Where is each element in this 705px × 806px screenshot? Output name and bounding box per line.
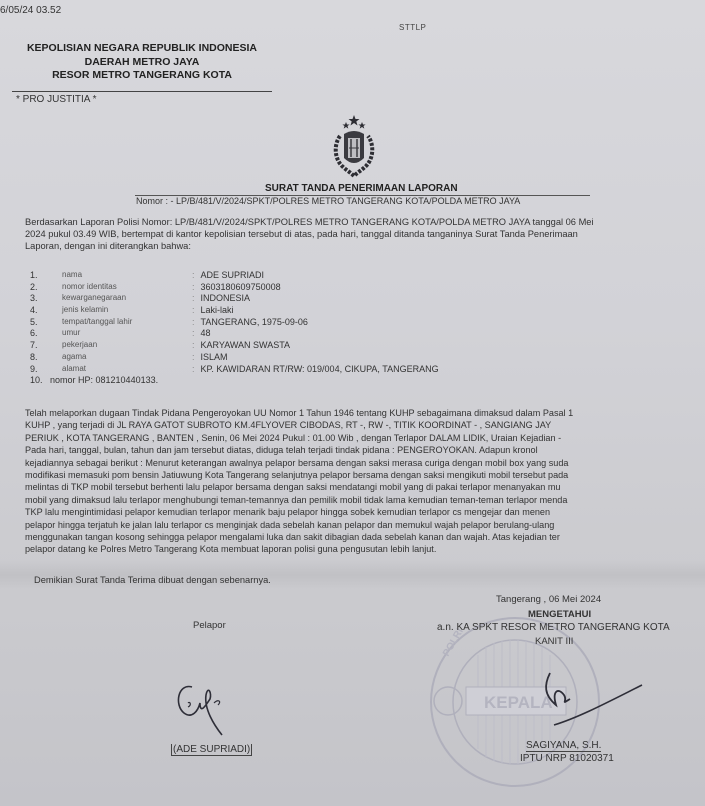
narrative-paragraph: Telah melaporkan dugaan Tindak Pidana Pe… (25, 407, 705, 556)
row-value: KP. KAWIDARAN RT/RW: 019/004, CIKUPA, TA… (192, 364, 439, 374)
row-label: jenis kelamin (62, 305, 108, 314)
reporter-name-text: ADE SUPRIADI (176, 744, 247, 755)
row-value: TANGERANG, 1975-09-06 (192, 317, 308, 327)
closing-statement: Demikian Surat Tanda Terima dibuat denga… (34, 575, 271, 585)
row-number: 6. (30, 328, 50, 338)
report-number: Nomor : - LP/B/481/V/2024/SPKT/POLRES ME… (136, 196, 520, 206)
form-code: STTLP (399, 23, 426, 32)
narrative-line: Telah melaporkan dugaan Tindak Pidana Pe… (25, 407, 705, 419)
narrative-line: menggunakan tangan kosong sehingga pelap… (25, 531, 705, 543)
intro-paragraph: Berdasarkan Laporan Polisi Nomor: LP/B/4… (25, 216, 705, 253)
intro-line: Laporan, dengan ini diterangkan bahwa: (25, 240, 705, 252)
row-value: INDONESIA (192, 293, 250, 303)
narrative-line: modifikasi memasuki pom bensin Jatiuwung… (25, 469, 705, 481)
narrative-line: TKP lalu mengintimidasi pelapor kemudian… (25, 506, 705, 518)
police-emblem-icon (330, 114, 378, 180)
intro-line: Berdasarkan Laporan Polisi Nomor: LP/B/4… (25, 216, 705, 228)
acknowledged-label: MENGETAHUI (528, 609, 591, 620)
narrative-line: pelapor hingga terjatuh ke jalan lalu te… (25, 519, 705, 531)
row-number: 1. (30, 270, 50, 280)
issuing-office: a.n. KA SPKT RESOR METRO TANGERANG KOTA (437, 622, 670, 633)
row-number: 2. (30, 282, 50, 292)
agency-line-3: RESOR METRO TANGERANG KOTA (12, 69, 272, 83)
agency-header: KEPOLISIAN NEGARA REPUBLIK INDONESIA DAE… (12, 42, 272, 83)
narrative-line: melintas di TKP mobil tersebut berhenti … (25, 481, 705, 493)
row-number: 8. (30, 352, 50, 362)
row-value: ADE SUPRIADI (192, 270, 264, 280)
reporter-signature-icon (170, 675, 250, 740)
row-value: ISLAM (192, 352, 228, 362)
row-number: 9. (30, 364, 50, 374)
officer-nrp: IPTU NRP 81020371 (520, 753, 614, 764)
row-number: 4. (30, 305, 50, 315)
document-title: SURAT TANDA PENERIMAAN LAPORAN (265, 183, 458, 194)
pro-justitia-label: * PRO JUSTITIA * (16, 94, 97, 105)
agency-line-1: KEPOLISIAN NEGARA REPUBLIK INDONESIA (12, 42, 272, 56)
narrative-line: pelapor datang ke Polres Metro Tangerang… (25, 543, 705, 555)
row-label: nama (62, 270, 82, 279)
row-label: pekerjaan (62, 340, 97, 349)
row-value: 48 (192, 328, 211, 338)
row-label: umur (62, 328, 80, 337)
officer-name: SAGIYANA, S.H. (526, 740, 601, 752)
narrative-line: PERIUK , KOTA TANGERANG , BANTEN , Senin… (25, 432, 705, 444)
agency-line-2: DAERAH METRO JAYA (12, 56, 272, 70)
row-value: Laki-laki (192, 305, 234, 315)
intro-line: 2024 pukul 03.49 WIB, bertempat di kanto… (25, 228, 705, 240)
narrative-line: kejadiannya sebagai berikut : Menurut ke… (25, 457, 705, 469)
reporter-label: Pelapor (193, 620, 226, 631)
row-label: nomor identitas (62, 282, 117, 291)
header-divider (12, 91, 272, 92)
row-label: kewarganegaraan (62, 293, 126, 302)
row-number: 7. (30, 340, 50, 350)
row-label: alamat (62, 364, 86, 373)
reporter-name: (ADE SUPRIADI) (171, 744, 252, 756)
row-label: agama (62, 352, 86, 361)
row-number: 5. (30, 317, 50, 327)
narrative-line: KUHP , yang terjadi di JL RAYA GATOT SUB… (25, 419, 705, 431)
row-value: 3603180609750008 (192, 282, 281, 292)
phone-number: 10. nomor HP: 081210440133. (30, 375, 158, 385)
row-value: KARYAWAN SWASTA (192, 340, 290, 350)
print-timestamp: 6/05/24 03.52 (0, 5, 61, 16)
officer-signature-icon (530, 665, 660, 740)
narrative-line: Pada hari, tanggal, bulan, tahun dan jam… (25, 444, 705, 456)
narrative-line: mobil yang dimaksud lalu terlapor menghu… (25, 494, 705, 506)
row-label: tempat/tanggal lahir (62, 317, 132, 326)
row-number: 3. (30, 293, 50, 303)
place-and-date: Tangerang , 06 Mei 2024 (496, 594, 601, 605)
officer-position: KANIT III (535, 636, 573, 647)
